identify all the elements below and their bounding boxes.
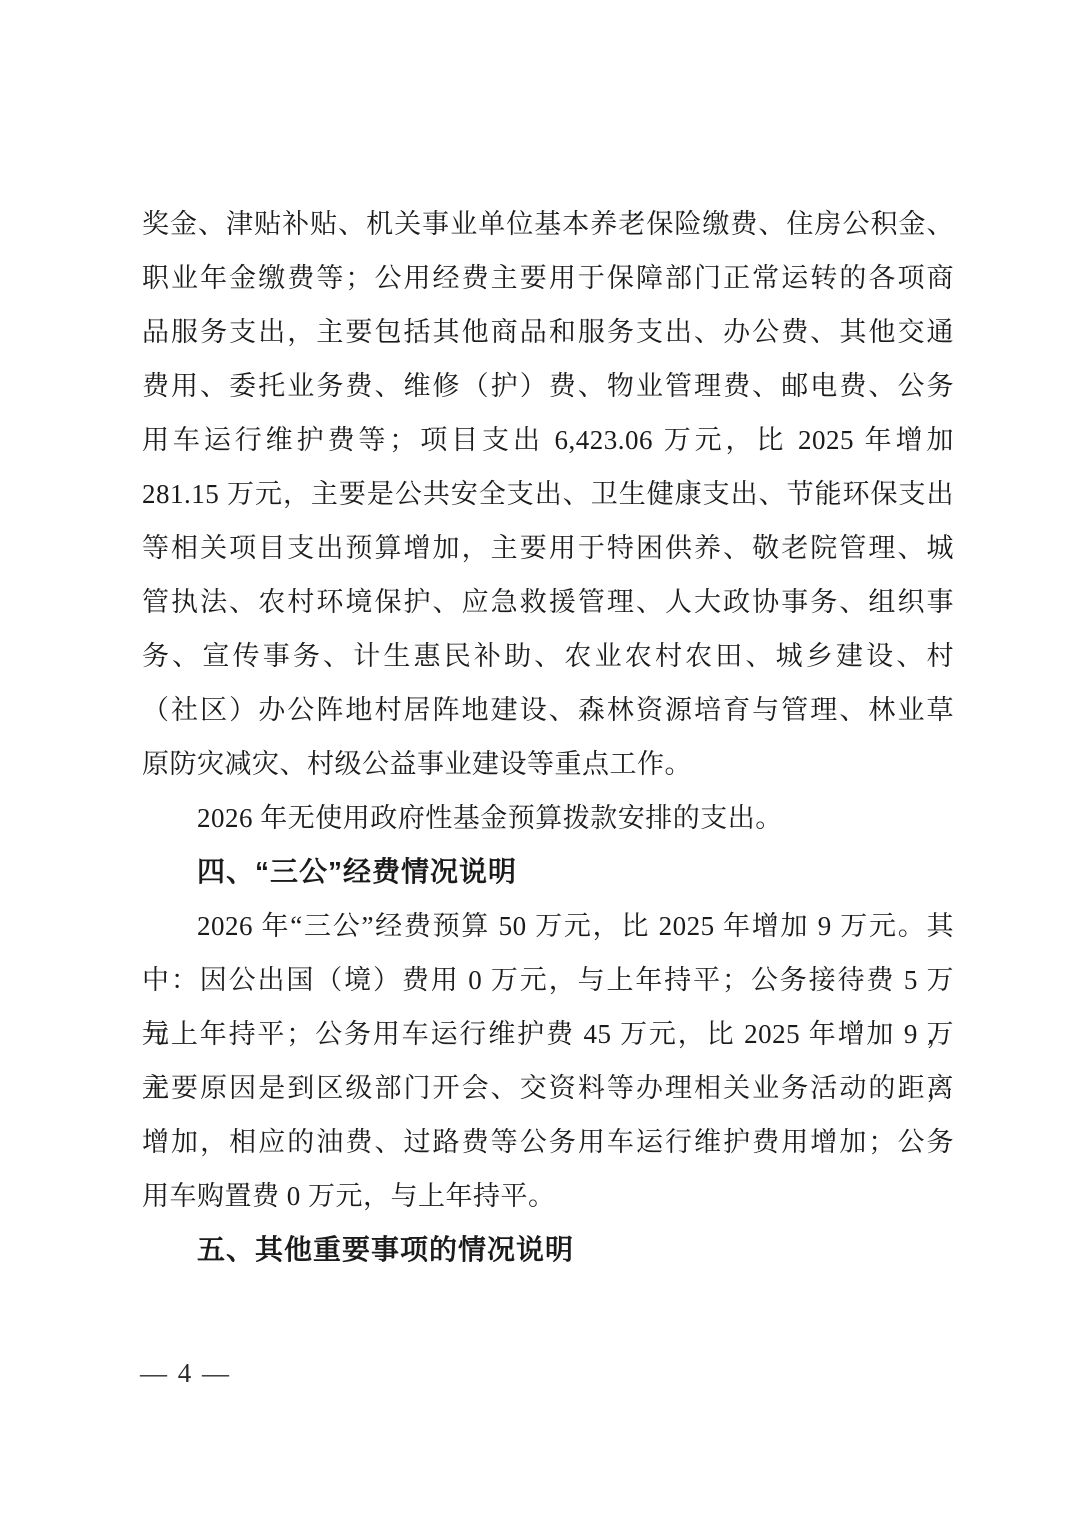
text-line: 用车购置费 0 万元，与上年持平。 — [142, 1169, 954, 1223]
text-line: 与上年持平；公务用车运行维护费 45 万元，比 2025 年增加 9 万元， — [142, 1007, 954, 1061]
page-footer: — 4 — — [140, 1358, 231, 1389]
page-number: — 4 — — [140, 1358, 231, 1388]
text-line: 等相关项目支出预算增加，主要用于特困供养、敬老院管理、城 — [142, 521, 954, 575]
text-line: 务、宣传事务、计生惠民补助、农业农村农田、城乡建设、村 — [142, 629, 954, 683]
document-body: 奖金、津贴补贴、机关事业单位基本养老保险缴费、住房公积金、 职业年金缴费等；公用… — [142, 197, 954, 1277]
section-heading-four: 四、“三公”经费情况说明 — [142, 845, 954, 899]
text-line: 用车运行维护费等；项目支出 6,423.06 万元，比 2025 年增加 — [142, 413, 954, 467]
text-line: 2026 年无使用政府性基金预算拨款安排的支出。 — [142, 791, 954, 845]
text-line: 281.15 万元，主要是公共安全支出、卫生健康支出、节能环保支出 — [142, 467, 954, 521]
text-line: （社区）办公阵地村居阵地建设、森林资源培育与管理、林业草 — [142, 683, 954, 737]
text-line: 中：因公出国（境）费用 0 万元，与上年持平；公务接待费 5 万元， — [142, 953, 954, 1007]
text-line: 2026 年“三公”经费预算 50 万元，比 2025 年增加 9 万元。其 — [142, 899, 954, 953]
text-line: 原防灾减灾、村级公益事业建设等重点工作。 — [142, 737, 954, 791]
text-line: 品服务支出，主要包括其他商品和服务支出、办公费、其他交通 — [142, 305, 954, 359]
text-line: 管执法、农村环境保护、应急救援管理、人大政协事务、组织事 — [142, 575, 954, 629]
text-line: 增加，相应的油费、过路费等公务用车运行维护费用增加；公务 — [142, 1115, 954, 1169]
text-line: 职业年金缴费等；公用经费主要用于保障部门正常运转的各项商 — [142, 251, 954, 305]
text-line: 奖金、津贴补贴、机关事业单位基本养老保险缴费、住房公积金、 — [142, 197, 954, 251]
text-line: 主要原因是到区级部门开会、交资料等办理相关业务活动的距离 — [142, 1061, 954, 1115]
section-heading-five: 五、其他重要事项的情况说明 — [142, 1223, 954, 1277]
text-line: 费用、委托业务费、维修（护）费、物业管理费、邮电费、公务 — [142, 359, 954, 413]
document-page: 奖金、津贴补贴、机关事业单位基本养老保险缴费、住房公积金、 职业年金缴费等；公用… — [0, 0, 1074, 1520]
